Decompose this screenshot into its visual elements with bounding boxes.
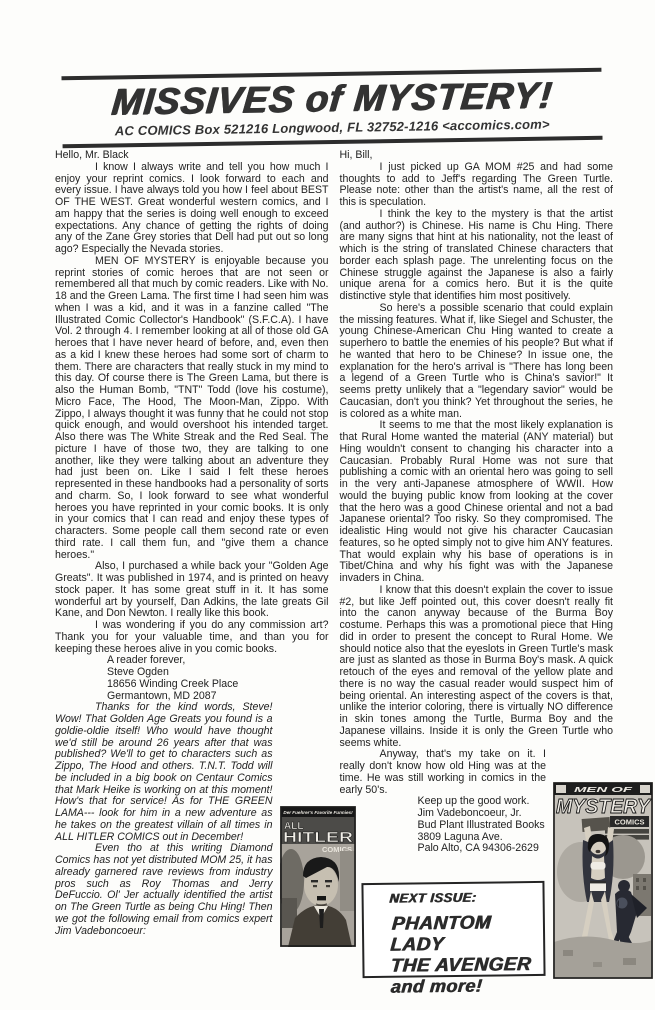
mystery-cover-subtitle: COMICS (615, 818, 645, 827)
page-title: MISSIVES of MYSTERY! (60, 75, 604, 124)
page-masthead: MISSIVES of MYSTERY! AC COMICS Box 52121… (61, 68, 602, 148)
letters-columns: Hello, Mr. Black I know I always write a… (55, 150, 613, 981)
letter-paragraph: Also, I purchased a while back your "Gol… (55, 561, 329, 620)
next-issue-label: NEXT ISSUE: (389, 890, 540, 906)
next-issue-box: NEXT ISSUE: PHANTOM LADY THE AVENGER and… (361, 881, 545, 978)
letter-paragraph: It seems to me that the most likely expl… (340, 420, 614, 585)
left-column: Hello, Mr. Black I know I always write a… (55, 150, 329, 981)
letter-paragraph: So here's a possible scenario that could… (340, 303, 614, 421)
signature-line: 18656 Winding Creek Place (107, 679, 329, 691)
letter-paragraph: I know I always write and tell you how m… (55, 162, 329, 256)
mystery-cover-banner: MEN OF (574, 787, 634, 794)
next-issue-line: and more! (390, 975, 542, 998)
right-column: Hi, Bill, I just picked up GA MOM #25 an… (340, 150, 614, 981)
letter-paragraph: MEN OF MYSTERY is enjoyable because you … (55, 256, 329, 562)
signature-line: Steve Ogden (107, 667, 329, 679)
men-of-mystery-cover-art: MEN OF MYSTERY COMICS (553, 782, 653, 979)
reader-signature-block: A reader forever, Steve Ogden 18656 Wind… (55, 655, 329, 702)
next-issue-line: THE AVENGER (390, 954, 542, 977)
mystery-cover-title: MYSTERY (556, 796, 652, 818)
editor-reply: Der Fuehrer's Favorite Funnies! ALL HITL… (55, 702, 329, 937)
letter-salutation: Hi, Bill, (340, 150, 614, 162)
men-of-mystery-cover: MEN OF MYSTERY COMICS (553, 782, 653, 979)
letter-paragraph: I just picked up GA MOM #25 and had some… (340, 162, 614, 209)
letter-paragraph: I know that this doesn't explain the cov… (340, 585, 614, 750)
letter-paragraph: I think the key to the mystery is that t… (340, 209, 614, 303)
letter-paragraph: I was wondering if you do any commission… (55, 620, 329, 655)
next-issue-line: PHANTOM LADY (389, 912, 542, 956)
letter-salutation: Hello, Mr. Black (55, 150, 329, 162)
